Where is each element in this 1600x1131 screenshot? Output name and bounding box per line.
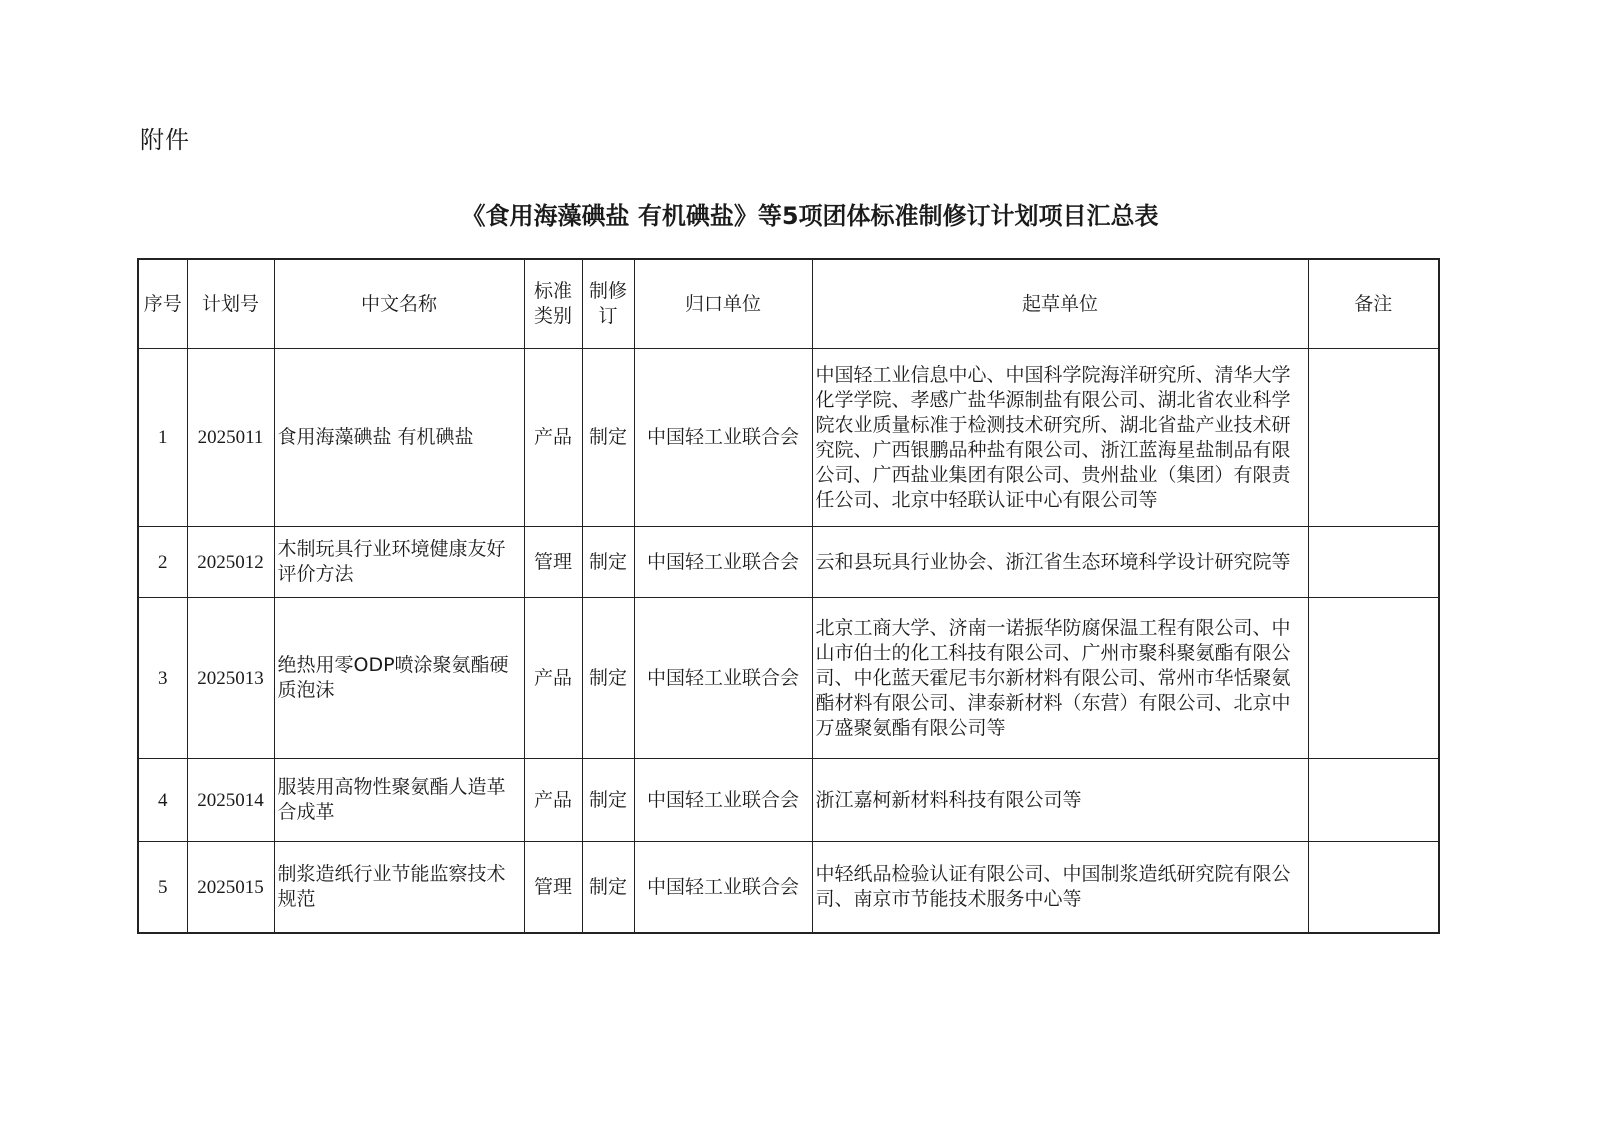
cell-cn-name: 绝热用零ODP喷涂聚氨酯硬质泡沫 xyxy=(274,598,524,759)
cell-remarks xyxy=(1308,527,1439,598)
cell-cn-name: 服装用高物性聚氨酯人造革合成革 xyxy=(274,759,524,842)
header-remarks: 备注 xyxy=(1308,259,1439,349)
cell-cn-name: 食用海藻碘盐 有机碘盐 xyxy=(274,349,524,527)
cell-remarks xyxy=(1308,759,1439,842)
table-row: 2 2025012 木制玩具行业环境健康友好评价方法 管理 制定 中国轻工业联合… xyxy=(138,527,1439,598)
cell-plan-no: 2025013 xyxy=(187,598,274,759)
cell-drafting-units: 中国轻工业信息中心、中国科学院海洋研究所、清华大学化学学院、孝感广盐华源制盐有限… xyxy=(812,349,1308,527)
cell-responsible-unit: 中国轻工业联合会 xyxy=(634,598,812,759)
cell-revision: 制定 xyxy=(582,349,634,527)
cell-std-type: 产品 xyxy=(524,349,582,527)
cell-drafting-units: 中轻纸品检验认证有限公司、中国制浆造纸研究院有限公司、南京市节能技术服务中心等 xyxy=(812,842,1308,934)
cell-seq: 4 xyxy=(138,759,187,842)
cell-seq: 2 xyxy=(138,527,187,598)
cell-seq: 1 xyxy=(138,349,187,527)
cell-std-type: 管理 xyxy=(524,842,582,934)
cell-revision: 制定 xyxy=(582,759,634,842)
header-responsible-unit: 归口单位 xyxy=(634,259,812,349)
cell-drafting-units: 北京工商大学、济南一诺振华防腐保温工程有限公司、中山市伯士的化工科技有限公司、广… xyxy=(812,598,1308,759)
header-std-type: 标准类别 xyxy=(524,259,582,349)
header-seq: 序号 xyxy=(138,259,187,349)
table-header-row: 序号 计划号 中文名称 标准类别 制修订 归口单位 起草单位 备注 xyxy=(138,259,1439,349)
cell-std-type: 产品 xyxy=(524,598,582,759)
cell-std-type: 产品 xyxy=(524,759,582,842)
cell-cn-name: 木制玩具行业环境健康友好评价方法 xyxy=(274,527,524,598)
table-row: 4 2025014 服装用高物性聚氨酯人造革合成革 产品 制定 中国轻工业联合会… xyxy=(138,759,1439,842)
table-row: 3 2025013 绝热用零ODP喷涂聚氨酯硬质泡沫 产品 制定 中国轻工业联合… xyxy=(138,598,1439,759)
cell-plan-no: 2025011 xyxy=(187,349,274,527)
header-cn-name: 中文名称 xyxy=(274,259,524,349)
cell-seq: 5 xyxy=(138,842,187,934)
cell-remarks xyxy=(1308,349,1439,527)
cell-plan-no: 2025015 xyxy=(187,842,274,934)
cell-revision: 制定 xyxy=(582,598,634,759)
cell-seq: 3 xyxy=(138,598,187,759)
table-row: 5 2025015 制浆造纸行业节能监察技术规范 管理 制定 中国轻工业联合会 … xyxy=(138,842,1439,934)
cell-std-type: 管理 xyxy=(524,527,582,598)
cell-remarks xyxy=(1308,598,1439,759)
header-drafting-units: 起草单位 xyxy=(812,259,1308,349)
cell-responsible-unit: 中国轻工业联合会 xyxy=(634,527,812,598)
cell-remarks xyxy=(1308,842,1439,934)
attachment-label: 附件 xyxy=(140,120,190,155)
cell-revision: 制定 xyxy=(582,842,634,934)
cell-plan-no: 2025014 xyxy=(187,759,274,842)
standards-plan-table: 序号 计划号 中文名称 标准类别 制修订 归口单位 起草单位 备注 1 2025… xyxy=(137,258,1440,934)
cell-drafting-units: 浙江嘉柯新材料科技有限公司等 xyxy=(812,759,1308,842)
cell-responsible-unit: 中国轻工业联合会 xyxy=(634,759,812,842)
cell-cn-name: 制浆造纸行业节能监察技术规范 xyxy=(274,842,524,934)
document-title: 《食用海藻碘盐 有机碘盐》等5项团体标准制修订计划项目汇总表 xyxy=(0,196,1600,231)
cell-responsible-unit: 中国轻工业联合会 xyxy=(634,842,812,934)
cell-responsible-unit: 中国轻工业联合会 xyxy=(634,349,812,527)
header-revision: 制修订 xyxy=(582,259,634,349)
cell-drafting-units: 云和县玩具行业协会、浙江省生态环境科学设计研究院等 xyxy=(812,527,1308,598)
cell-plan-no: 2025012 xyxy=(187,527,274,598)
table-row: 1 2025011 食用海藻碘盐 有机碘盐 产品 制定 中国轻工业联合会 中国轻… xyxy=(138,349,1439,527)
cell-revision: 制定 xyxy=(582,527,634,598)
header-plan-no: 计划号 xyxy=(187,259,274,349)
